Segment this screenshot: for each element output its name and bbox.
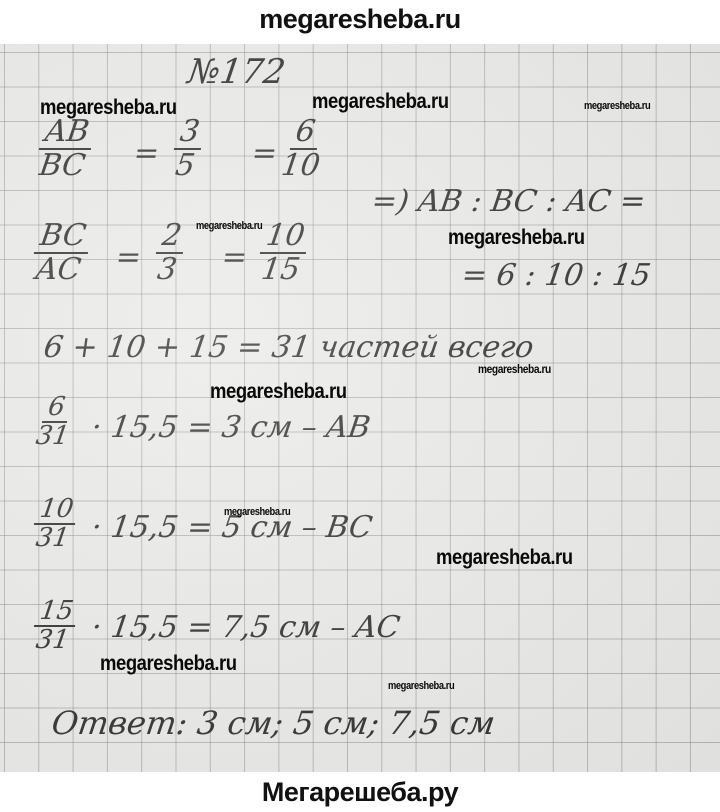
denominator: AC [30,254,87,286]
denominator: 3 [151,254,183,286]
fraction-ab-bc: AB BC [33,116,96,181]
calc-ab: · 15,5 = 3 см – AB [90,410,373,445]
watermark: megaresheba.ru [584,100,650,112]
watermark: megaresheba.ru [196,220,262,232]
equals-sign: = [132,136,162,171]
fraction-15-31: 15 31 [30,598,79,655]
fraction-3-5: 3 5 [169,116,205,181]
problem-number: №172 [185,52,288,92]
calc-ac: · 15,5 = 7,5 см – AC [90,610,403,645]
homework-page: №172 AB BC = 3 5 = 6 10 =) AB : BC : AC … [0,44,720,772]
watermark: megaresheba.ru [436,546,573,570]
numerator: AB [39,116,95,150]
watermark: megaresheba.ru [40,96,177,120]
numerator: 2 [156,220,188,254]
equals-sign: = [114,240,144,275]
numerator: 6 [42,394,71,423]
watermark: megaresheba.ru [388,680,454,692]
watermark: megaresheba.ru [478,362,551,376]
fraction-bc-ac: BC AC [29,220,92,285]
denominator: 5 [169,150,201,182]
fraction-2-3: 2 3 [151,220,187,285]
ratio-result: = 6 : 10 : 15 [460,258,653,293]
fraction-6-31: 6 31 [30,394,79,451]
denominator: 31 [30,525,75,552]
ratio-implication: =) AB : BC : AC = [370,184,648,219]
numerator: 10 [260,220,311,254]
denominator: 10 [275,150,326,182]
denominator: BC [33,150,91,182]
watermark: megaresheba.ru [100,652,237,676]
denominator: 31 [30,423,75,450]
fraction-10-31: 10 31 [30,496,79,553]
denominator: 15 [255,254,306,286]
numerator: BC [34,220,92,254]
watermark: megaresheba.ru [224,506,290,518]
watermark: megaresheba.ru [312,90,449,114]
answer-line: Ответ: 3 см; 5 см; 7,5 см [49,704,497,742]
site-footer-banner: Мегарешеба.ру [0,772,720,812]
numerator: 15 [34,598,79,627]
numerator: 3 [174,116,206,150]
site-header-banner: megaresheba.ru [0,0,720,44]
fraction-10-15: 10 15 [255,220,310,285]
sum-of-parts: 6 + 10 + 15 = 31 частей всего [42,330,536,365]
numerator: 10 [34,496,79,525]
numerator: 6 [289,116,321,150]
watermark: megaresheba.ru [210,380,347,404]
equals-sign: = [250,136,280,171]
watermark: megaresheba.ru [448,226,585,250]
fraction-6-10: 6 10 [275,116,330,181]
denominator: 31 [30,627,75,654]
equals-sign: = [220,240,250,275]
